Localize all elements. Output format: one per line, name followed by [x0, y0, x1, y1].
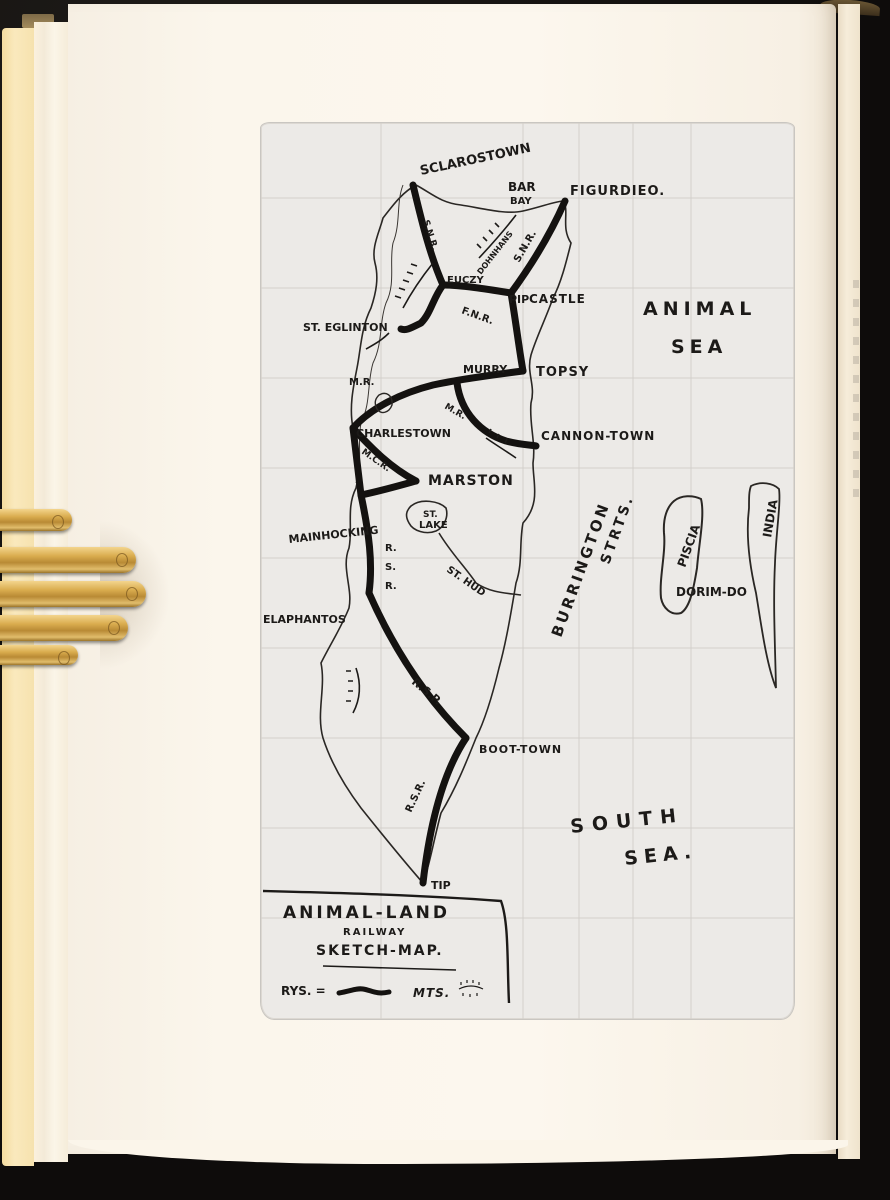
label-euczy: EUCZY — [447, 275, 485, 286]
gilt-hand-page-holder — [0, 505, 155, 665]
label-charlestown: CHARLESTOWN — [356, 427, 451, 440]
label-animal-sea-2: SEA — [671, 336, 727, 358]
facing-page-edge — [838, 4, 860, 1159]
title-underline — [323, 966, 456, 970]
label-bay: BAY — [510, 196, 532, 207]
label-lake: LAKE — [419, 520, 448, 531]
legend-mountain-symbol — [459, 980, 483, 997]
railway-label-mr-west: M.R. — [349, 377, 374, 388]
facing-page-text-fragments — [853, 280, 863, 497]
paper-grid — [261, 123, 794, 1019]
railway-label-rsp: R.S.P. — [409, 675, 444, 708]
railway-label-rsr-2: S. — [385, 562, 396, 573]
label-bar: BAR — [508, 180, 536, 194]
legend-mountains-label: MTS. — [413, 986, 450, 1000]
map-title-line1: ANIMAL-LAND — [283, 903, 450, 923]
label-pip: PIP — [509, 293, 529, 306]
label-dohnhans: DOHNHANS — [475, 229, 514, 276]
railway-label-rsr-south: R.S.R. — [404, 778, 428, 814]
label-cannon-town: CANNON-TOWN — [541, 429, 655, 443]
label-castle: CASTLE — [529, 292, 586, 306]
label-elaphantos: ELAPHANTOS — [263, 613, 346, 626]
legend-railways-label: RYS. = — [281, 984, 326, 998]
map-title-line3: SKETCH-MAP. — [316, 943, 444, 959]
label-murry: MURRY — [463, 363, 508, 376]
label-burrington: BURRINGTON — [548, 499, 614, 639]
label-south-sea-1: SOUTH — [569, 804, 685, 838]
hand-finger-ring — [0, 615, 128, 641]
label-mainhocking: MAINHOCKING — [288, 524, 379, 546]
railway-label-fnr: F.N.R. — [460, 305, 495, 327]
map-plate: SCLAROSTOWN BAR BAY FIGURDIEO. EUCZY DOH… — [260, 122, 795, 1020]
label-sclarostown: SCLAROSTOWN — [419, 141, 532, 179]
hand-thumb — [0, 509, 72, 531]
hand-finger-index — [0, 547, 136, 573]
label-marston: MARSTON — [428, 473, 514, 489]
label-boot-town: BOOT-TOWN — [479, 743, 562, 756]
railway-label-rsr-1: R. — [385, 543, 397, 554]
label-dorimdo: DORIM-DO — [676, 585, 747, 599]
label-st: ST. — [423, 510, 438, 520]
hand-finger-middle — [0, 581, 146, 607]
map-title-line2: RAILWAY — [343, 927, 406, 938]
label-south-sea-2: SEA. — [623, 840, 698, 870]
label-tip: TIP — [431, 879, 451, 892]
label-figurdieo: FIGURDIEO. — [570, 184, 665, 199]
hand-finger-little — [0, 645, 78, 665]
railway-label-rsr-3: R. — [385, 581, 397, 592]
label-animal-sea-1: ANIMAL — [643, 298, 756, 320]
label-topsy: TOPSY — [536, 365, 589, 380]
map-drawing: SCLAROSTOWN BAR BAY FIGURDIEO. EUCZY DOH… — [261, 123, 794, 1019]
label-st-eglinton: ST. EGLINTON — [303, 321, 388, 334]
